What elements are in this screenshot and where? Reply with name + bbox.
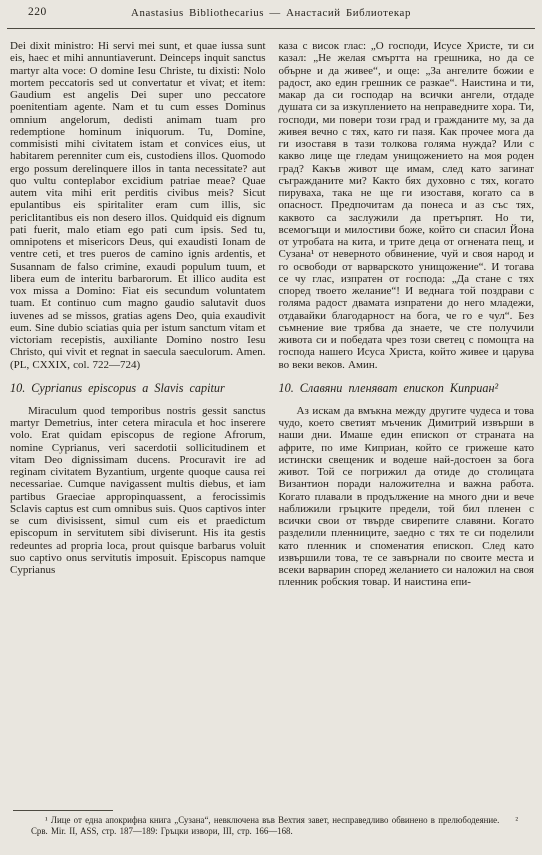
- footnotes-block: ¹ Лице от една апокрифна книга „Сузана“,…: [0, 810, 542, 837]
- footnote-1: ¹ Лице от една апокрифна книга „Сузана“,…: [45, 815, 499, 825]
- latin-paragraph: Miraculum quod temporibus nostris gessit…: [10, 405, 266, 577]
- right-column-bulgarian: каза с висок глас: „О господи, Исусе Хри…: [279, 40, 535, 589]
- book-page: 220 Anastasius Bibliothecarius — Анастас…: [0, 0, 542, 855]
- text-columns: Dei dixit ministro: Hi servi mei sunt, e…: [0, 29, 542, 589]
- running-header: 220 Anastasius Bibliothecarius — Анастас…: [0, 0, 542, 25]
- footnote-separator: [13, 810, 113, 811]
- footnote-text: ¹ Лице от една апокрифна книга „Сузана“,…: [31, 815, 518, 837]
- left-column-latin: Dei dixit ministro: Hi servi mei sunt, e…: [10, 40, 266, 589]
- bulgarian-section-heading: 10. Славяни пленяват епископ Киприан²: [279, 381, 535, 395]
- bulgarian-paragraph: Аз искам да вмъкна между другите чудеса …: [279, 405, 535, 589]
- running-title: Anastasius Bibliothecarius — Анастасий Б…: [0, 7, 542, 19]
- latin-paragraph-continued: Dei dixit ministro: Hi servi mei sunt, e…: [10, 40, 266, 371]
- latin-section-heading: 10. Cyprianus episcopus a Slavis capitur: [10, 381, 266, 395]
- bulgarian-paragraph-continued: каза с висок глас: „О господи, Исусе Хри…: [279, 40, 535, 371]
